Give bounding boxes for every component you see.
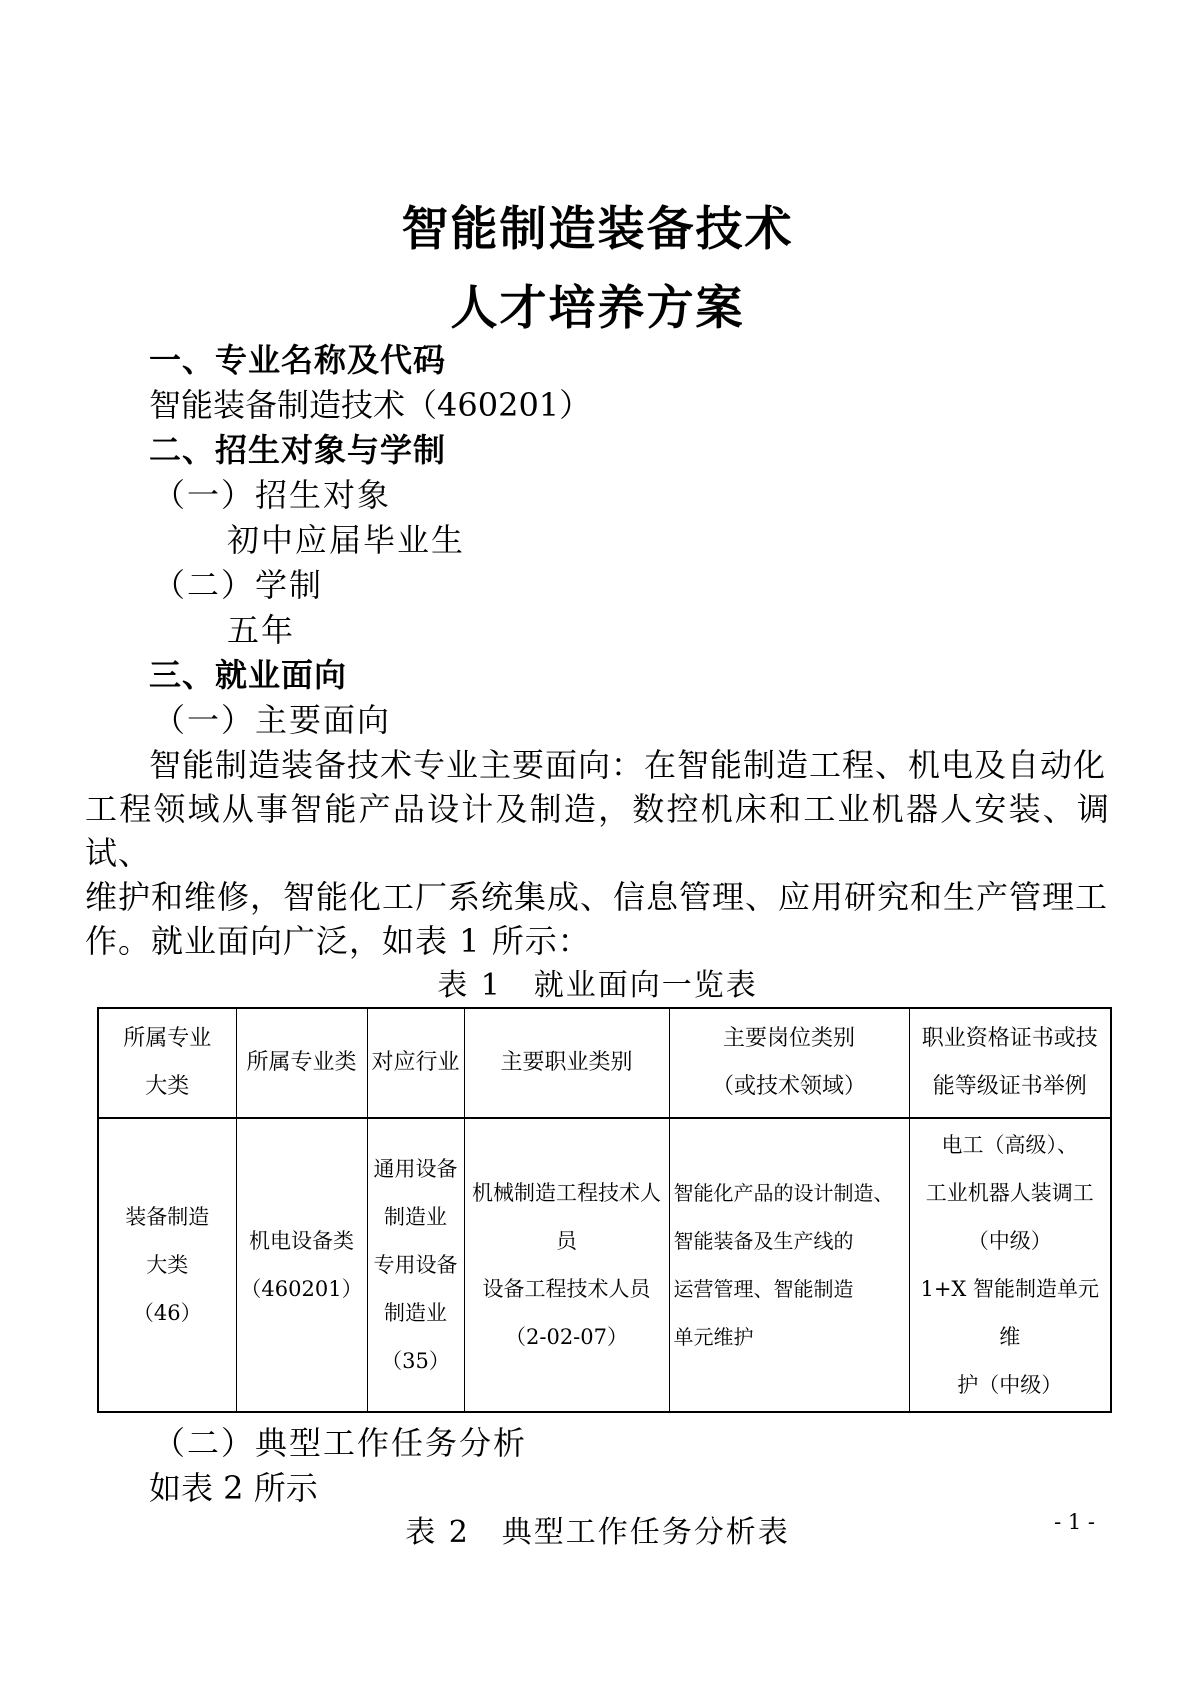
cell-certificates: 电工（高级）、 工业机器人装调工 （中级） 1+X 智能制造单元维 护（中级） (909, 1118, 1111, 1412)
doc-title-line1: 智能制造装备技术 (85, 200, 1110, 259)
table-row: 装备制造 大类 （46） 机电设备类 （460201） 通用设备 制造业 专用设… (98, 1118, 1111, 1412)
enrollment-target-text: 初中应届毕业生 (85, 518, 1110, 563)
col-header-major-category: 所属专业 大类 (98, 1008, 236, 1118)
heading-section-3: 三、就业面向 (85, 653, 1110, 698)
subheading-schooling-length: （二）学制 (85, 563, 1110, 608)
major-name-code-text: 智能装备制造技术（460201） (85, 383, 1110, 428)
document-page: 智能制造装备技术 人才培养方案 一、专业名称及代码 智能装备制造技术（46020… (0, 0, 1191, 1684)
col-header-industry: 对应行业 (367, 1008, 464, 1118)
cell-major-class: 机电设备类 （460201） (236, 1118, 367, 1412)
schooling-length-text: 五年 (85, 608, 1110, 653)
heading-section-2: 二、招生对象与学制 (85, 428, 1110, 473)
col-header-certificates: 职业资格证书或技 能等级证书举例 (909, 1008, 1111, 1118)
orientation-paragraph: 智能制造装备技术专业主要面向：在智能制造工程、机电及自动化 工程领域从事智能产品… (85, 743, 1110, 963)
cell-major-category: 装备制造 大类 （46） (98, 1118, 236, 1412)
document-content: 智能制造装备技术 人才培养方案 一、专业名称及代码 智能装备制造技术（46020… (0, 200, 1191, 1553)
cell-occupation-category: 机械制造工程技术人 员 设备工程技术人员 （2-02-07） (464, 1118, 669, 1412)
heading-section-1: 一、专业名称及代码 (85, 338, 1110, 383)
employment-orientation-table: 所属专业 大类 所属专业类 对应行业 主要职业类别 主要岗位类别 （或技术领域）… (97, 1007, 1112, 1413)
see-table2-text: 如表 2 所示 (85, 1466, 1110, 1511)
doc-title-line2: 人才培养方案 (85, 279, 1110, 338)
cell-post-category: 智能化产品的设计制造、 智能装备及生产线的 运营管理、智能制造 单元维护 (669, 1118, 909, 1412)
cell-industry: 通用设备 制造业 专用设备 制造业 （35） (367, 1118, 464, 1412)
col-header-post-category: 主要岗位类别 （或技术领域） (669, 1008, 909, 1118)
page-number: - 1 - (1054, 1510, 1095, 1534)
table1-caption: 表 1 就业面向一览表 (85, 967, 1110, 1005)
subheading-enrollment-target: （一）招生对象 (85, 473, 1110, 518)
subheading-typical-work-tasks: （二）典型工作任务分析 (85, 1421, 1110, 1466)
col-header-major-class: 所属专业类 (236, 1008, 367, 1118)
col-header-occupation-category: 主要职业类别 (464, 1008, 669, 1118)
subheading-main-orientation: （一）主要面向 (85, 698, 1110, 743)
table-header-row: 所属专业 大类 所属专业类 对应行业 主要职业类别 主要岗位类别 （或技术领域）… (98, 1008, 1111, 1118)
table2-caption: 表 2 典型工作任务分析表 (85, 1513, 1110, 1553)
